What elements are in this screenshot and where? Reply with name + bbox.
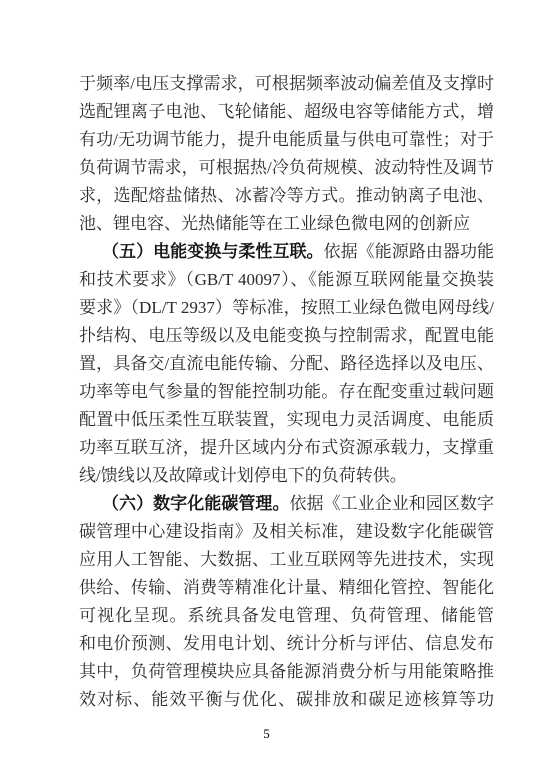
text-line: 要求》（DL/T 2937）等标准，按照工业绿色微电网母线/馈线拓 bbox=[79, 294, 494, 322]
line-text: 效对标、能效平衡与优化、碳排放和碳足迹核算等功能；功率 bbox=[79, 690, 494, 714]
text-line: 选配锂离子电池、飞轮储能、超级电容等储能方式，增强系统 bbox=[79, 98, 494, 126]
text-line: 和技术要求》（GB/T 40097）、《能源互联网能量交换装置功能 bbox=[79, 266, 494, 294]
line-text: 要求》（DL/T 2937）等标准，按照工业绿色微电网母线/馈线拓 bbox=[79, 298, 494, 322]
text-line: 应用人工智能、大数据、工业互联网等先进技术，实现对能源 bbox=[79, 546, 494, 574]
line-text: 和电价预测、发用电计划、统计分析与评估、信息发布等模块。 bbox=[79, 634, 494, 658]
line-text: 选配锂离子电池、飞轮储能、超级电容等储能方式，增强系统 bbox=[79, 102, 494, 126]
text-line: 有功/无功调节能力，提升电能质量与供电可靠性；对于热/冷 bbox=[79, 126, 494, 154]
line-text: 功率等电气参量的智能控制功能。存在配变重过载问题的，可 bbox=[79, 382, 494, 406]
line-text: 供给、传输、消费等精准化计量、精细化管控、智能化决策和 bbox=[79, 578, 494, 602]
text-line: 效对标、能效平衡与优化、碳排放和碳足迹核算等功能；功率 bbox=[79, 686, 494, 714]
text-line: （六）数字化能碳管理。依据《工业企业和园区数字化能 bbox=[79, 490, 494, 518]
text-line: 和电价预测、发用电计划、统计分析与评估、信息发布等模块。 bbox=[79, 630, 494, 658]
paragraph-storage-continuation: 于频率/电压支撑需求，可根据频率波动偏差值及支撑时间需求，选配锂离子电池、飞轮储… bbox=[79, 70, 494, 238]
line-text: 池、锂电容、光热储能等在工业绿色微电网的创新应用。 bbox=[79, 214, 470, 238]
text-line: （五）电能变换与柔性互联。依据《能源路由器功能规范 bbox=[79, 238, 494, 266]
text-block: 于频率/电压支撑需求，可根据频率波动偏差值及支撑时间需求，选配锂离子电池、飞轮储… bbox=[79, 70, 494, 714]
text-line: 负荷调节需求，可根据热/冷负荷规模、波动特性及调节时间需 bbox=[79, 154, 494, 182]
text-line: 置，具备交/直流电能传输、分配、路径选择以及电压、电流、 bbox=[79, 350, 494, 378]
text-line: 功率互联互济，提升区域内分布式资源承载力，支撑重过载母 bbox=[79, 434, 494, 462]
line-text: 碳管理中心建设指南》及相关标准，建设数字化能碳管理中心。 bbox=[79, 522, 494, 546]
document-page: 于频率/电压支撑需求，可根据频率波动偏差值及支撑时间需求，选配锂离子电池、飞轮储… bbox=[0, 0, 553, 782]
line-text: 应用人工智能、大数据、工业互联网等先进技术，实现对能源 bbox=[79, 550, 494, 574]
line-text: 可视化呈现。系统具备发电管理、负荷管理、储能管理、功率 bbox=[79, 606, 494, 630]
line-text: 线/馈线以及故障或计划停电下的负荷转供。 bbox=[79, 466, 407, 485]
section-5-power-conversion-flexible-interconnection: （五）电能变换与柔性互联。依据《能源路由器功能规范和技术要求》（GB/T 400… bbox=[79, 238, 494, 490]
text-line: 可视化呈现。系统具备发电管理、负荷管理、储能管理、功率 bbox=[79, 602, 494, 630]
text-line: 池、锂电容、光热储能等在工业绿色微电网的创新应用。 bbox=[79, 210, 494, 238]
text-line: 配置中低压柔性互联装置，实现电力灵活调度、电能质量优化、 bbox=[79, 406, 494, 434]
line-text: 配置中低压柔性互联装置，实现电力灵活调度、电能质量优化、 bbox=[79, 410, 494, 434]
line-text: 负荷调节需求，可根据热/冷负荷规模、波动特性及调节时间需 bbox=[79, 158, 494, 182]
line-text: 功率互联互济，提升区域内分布式资源承载力，支撑重过载母 bbox=[79, 438, 494, 462]
section-heading: （六）数字化能碳管理。 bbox=[102, 494, 290, 513]
line-text: 和技术要求》（GB/T 40097）、《能源互联网能量交换装置功能 bbox=[79, 270, 494, 294]
line-text: 有功/无功调节能力，提升电能质量与供电可靠性；对于热/冷 bbox=[79, 130, 494, 154]
text-line: 其中，负荷管理模块应具备能源消费分析与用能策略推荐、能 bbox=[79, 658, 494, 686]
line-text: 置，具备交/直流电能传输、分配、路径选择以及电压、电流、 bbox=[79, 354, 494, 378]
text-line: 扑结构、电压等级以及电能变换与控制需求，配置电能转换装 bbox=[79, 322, 494, 350]
line-text: 其中，负荷管理模块应具备能源消费分析与用能策略推荐、能 bbox=[79, 662, 494, 686]
text-line: 求，选配熔盐储热、冰蓄冷等方式。推动钠离子电池、钒钛电 bbox=[79, 182, 494, 210]
text-line: 功率等电气参量的智能控制功能。存在配变重过载问题的，可 bbox=[79, 378, 494, 406]
line-text: 于频率/电压支撑需求，可根据频率波动偏差值及支撑时间需求， bbox=[79, 74, 494, 98]
text-line: 于频率/电压支撑需求，可根据频率波动偏差值及支撑时间需求， bbox=[79, 70, 494, 98]
section-heading: （五）电能变换与柔性互联。 bbox=[102, 242, 324, 261]
text-line: 供给、传输、消费等精准化计量、精细化管控、智能化决策和 bbox=[79, 574, 494, 602]
page-number: 5 bbox=[0, 725, 543, 743]
section-6-digital-energy-carbon-management: （六）数字化能碳管理。依据《工业企业和园区数字化能碳管理中心建设指南》及相关标准… bbox=[79, 490, 494, 714]
text-line: 线/馈线以及故障或计划停电下的负荷转供。 bbox=[79, 462, 494, 490]
line-text: 求，选配熔盐储热、冰蓄冷等方式。推动钠离子电池、钒钛电 bbox=[79, 186, 494, 210]
text-line: 碳管理中心建设指南》及相关标准，建设数字化能碳管理中心。 bbox=[79, 518, 494, 546]
line-text: 扑结构、电压等级以及电能变换与控制需求，配置电能转换装 bbox=[79, 326, 494, 350]
